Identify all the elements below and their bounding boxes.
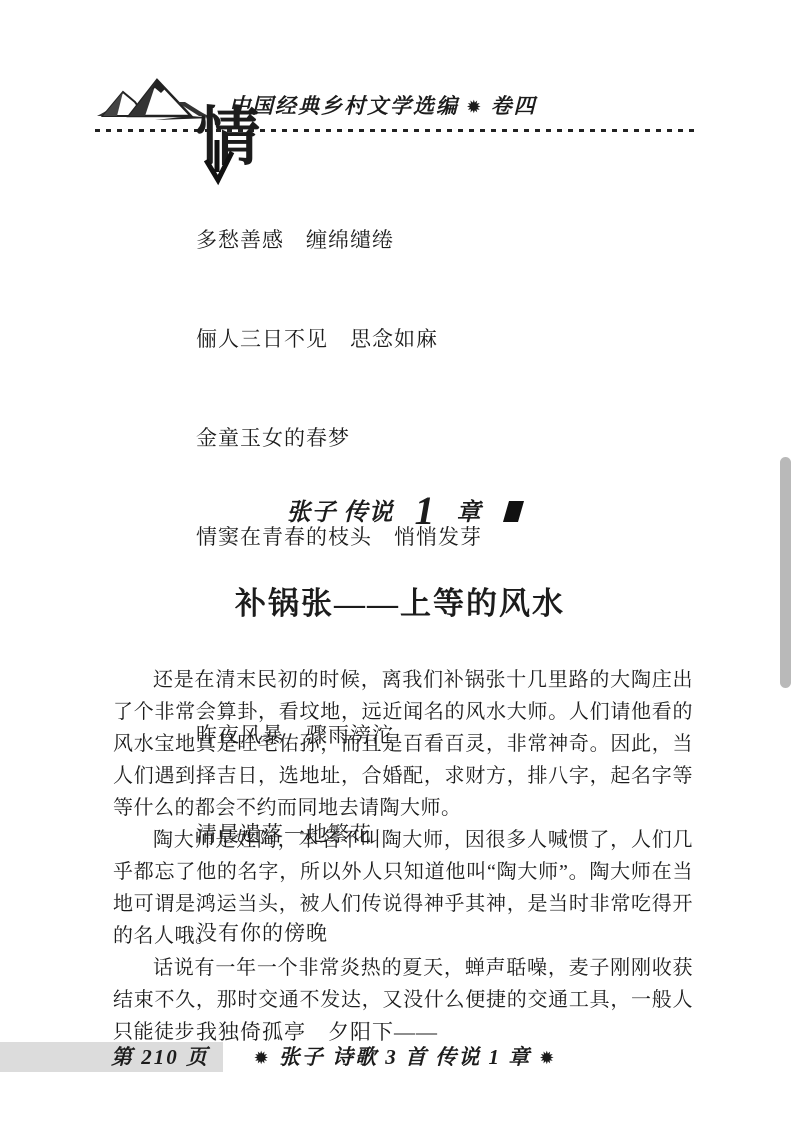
star-icon: ✹: [539, 1048, 556, 1069]
star-icon: ✹: [254, 1048, 271, 1069]
paragraph: 话说有一年一个非常炎热的夏天，蝉声聒噪，麦子刚刚收获结束不久，那时交通不发达，又…: [113, 952, 693, 1048]
section-number: 1: [415, 488, 436, 533]
footer-center-text: 张子 诗歌 3 首 传说 1 章: [279, 1045, 532, 1069]
chapter-title: 补锅张——上等的风水: [0, 578, 800, 623]
page-number-chip: 第 210 页: [0, 1042, 223, 1072]
page-header: 中国经典乡村文学选编 ✹ 卷四: [95, 76, 705, 124]
poem-title-glyph: 情: [196, 106, 260, 170]
volume-label: 卷四: [491, 94, 537, 118]
scrollbar-thumb[interactable]: [780, 457, 791, 688]
footer-running-title: ✹张子 诗歌 3 首 传说 1 章✹: [235, 1042, 575, 1072]
stanza-gap: [196, 620, 482, 653]
series-title: 中国经典乡村文学选编: [229, 94, 459, 118]
section-marker-icon: [502, 501, 523, 522]
section-suffix: 章: [457, 500, 482, 526]
star-icon: ✹: [466, 97, 483, 118]
dotted-divider: [95, 129, 695, 132]
section-prefix: 张子 传说: [287, 500, 394, 526]
poem-line: 金童玉女的春梦: [196, 422, 482, 455]
poem-line: 俪人三日不见 思念如麻: [196, 323, 482, 356]
book-page: 中国经典乡村文学选编 ✹ 卷四 情 多愁善感 缠绵缱绻 俪人三日不见 思念如麻 …: [0, 0, 800, 1130]
poem-line: 多愁善感 缠绵缱绻: [196, 224, 482, 257]
paragraph: 还是在清末民初的时候，离我们补锅张十几里路的大陶庄出了个非常会算卦，看坟地，远近…: [113, 664, 693, 824]
body-text: 还是在清末民初的时候，离我们补锅张十几里路的大陶庄出了个非常会算卦，看坟地，远近…: [113, 664, 693, 1048]
paragraph: 陶大师是姓陶，本名不叫陶大师，因很多人喊惯了，人们几乎都忘了他的名字，所以外人只…: [113, 824, 693, 952]
down-arrow-icon: [204, 140, 236, 190]
header-title: 中国经典乡村文学选编 ✹ 卷四: [229, 90, 537, 124]
page-number-label: 第 210 页: [111, 1045, 209, 1069]
section-heading: 张子 传说 1 章: [0, 487, 800, 534]
